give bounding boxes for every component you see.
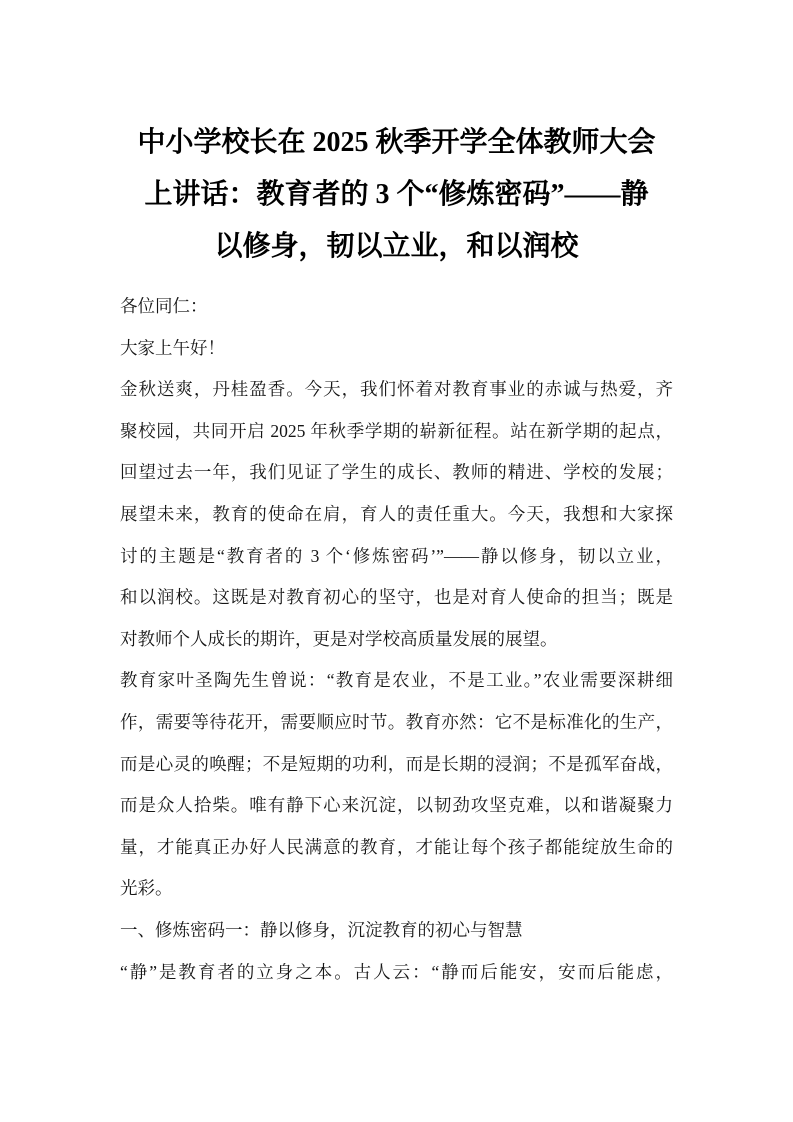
text-line: 而是众人拾柴。唯有静下心来沉淀，以韧劲攻坚克难，以和谐凝聚力 [120,785,673,827]
text-line: 作，需要等待花开，需要顺应时节。教育亦然：它不是标准化的生产， [120,702,673,744]
paragraph-body: “静”是教育者的立身之本。古人云：“静而后能安，安而后能虑， [120,952,673,994]
text-line: 展望未来，教育的使命在肩，育人的责任重大。今天，我想和大家探 [120,494,673,536]
document-title: 中小学校长在 2025 秋季开学全体教师大会上讲话：教育者的 3 个“修炼密码”… [120,117,673,273]
title-line: 以修身，韧以立业，和以润校 [120,221,673,273]
paragraph-salutation: 各位同仁： [120,286,673,328]
text-line: 聚校园，共同开启 2025 年秋季学期的崭新征程。站在新学期的起点， [120,411,673,453]
text-line: “静”是教育者的立身之本。古人云：“静而后能安，安而后能虑， [120,952,673,994]
title-line: 上讲话：教育者的 3 个“修炼密码”——静 [120,169,673,221]
text-line: 大家上午好！ [120,328,673,370]
text-line: 光彩。 [120,868,673,910]
text-line: 而是心灵的唤醒；不是短期的功利，而是长期的浸润；不是孤军奋战， [120,744,673,786]
text-line: 回望过去一年，我们见证了学生的成长、教师的精进、学校的发展； [120,452,673,494]
text-line: 金秋送爽，丹桂盈香。今天，我们怀着对教育事业的赤诚与热爱，齐 [120,369,673,411]
text-line: 量，才能真正办好人民满意的教育，才能让每个孩子都能绽放生命的 [120,827,673,869]
text-line: 讨的主题是“教育者的 3 个‘修炼密码’”——静以修身，韧以立业， [120,536,673,578]
document-page: 中小学校长在 2025 秋季开学全体教师大会上讲话：教育者的 3 个“修炼密码”… [0,0,793,1122]
title-line: 中小学校长在 2025 秋季开学全体教师大会 [120,117,673,169]
paragraph-heading: 一、修炼密码一：静以修身，沉淀教育的初心与智慧 [120,910,673,952]
text-line: 各位同仁： [120,286,673,328]
text-line: 一、修炼密码一：静以修身，沉淀教育的初心与智慧 [120,910,673,952]
document-body: 各位同仁：大家上午好！金秋送爽，丹桂盈香。今天，我们怀着对教育事业的赤诚与热爱，… [120,286,673,993]
paragraph-body: 教育家叶圣陶先生曾说：“教育是农业，不是工业。”农业需要深耕细作，需要等待花开，… [120,660,673,910]
paragraph-greeting: 大家上午好！ [120,328,673,370]
text-line: 和以润校。这既是对教育初心的坚守，也是对育人使命的担当；既是 [120,577,673,619]
paragraph-body: 金秋送爽，丹桂盈香。今天，我们怀着对教育事业的赤诚与热爱，齐聚校园，共同开启 2… [120,369,673,660]
text-line: 教育家叶圣陶先生曾说：“教育是农业，不是工业。”农业需要深耕细 [120,660,673,702]
text-line: 对教师个人成长的期许，更是对学校高质量发展的展望。 [120,619,673,661]
